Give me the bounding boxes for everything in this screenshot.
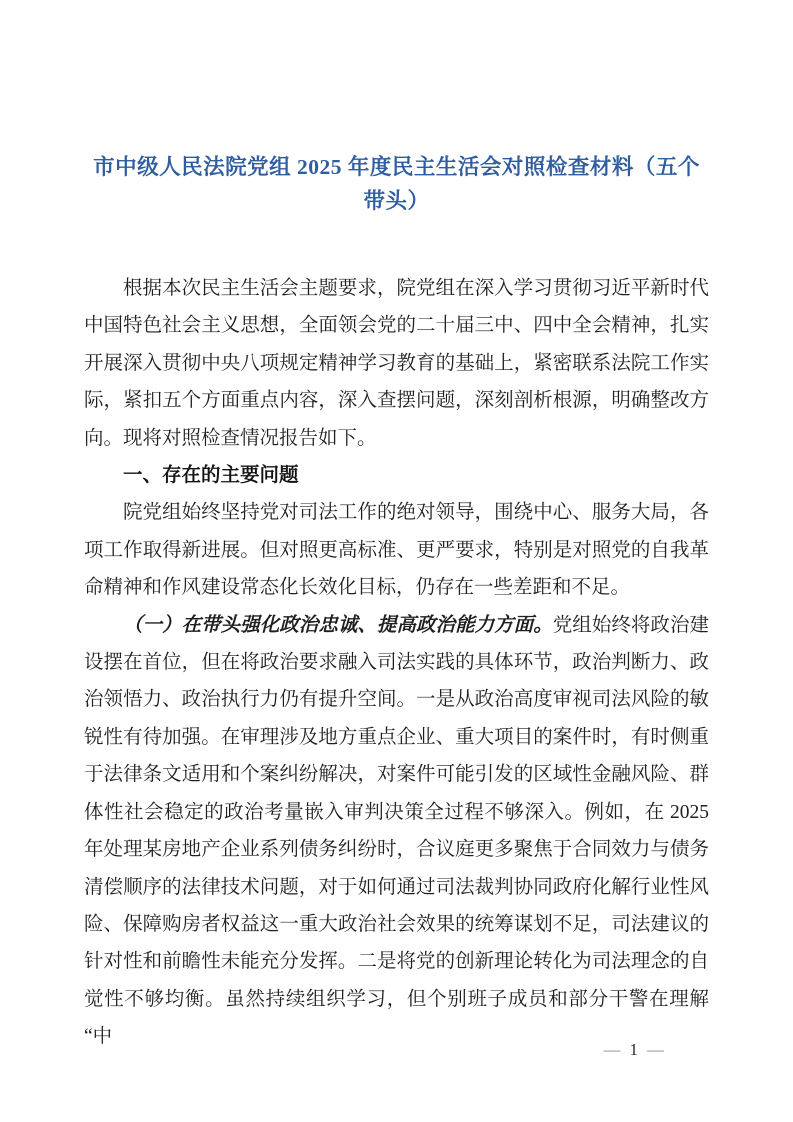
subsection-one-lead: （一）在带头强化政治忠诚、提高政治能力方面。: [123, 615, 553, 636]
document-title: 市中级人民法院党组 2025 年度民主生活会对照检查材料（五个带头）: [84, 150, 709, 218]
page-number: —1—: [595, 1040, 674, 1060]
page-number-right-dash: —: [638, 1040, 673, 1059]
section-heading-problems: 一、存在的主要问题: [84, 457, 709, 494]
page-number-left-dash: —: [595, 1040, 630, 1059]
paragraph-subsection-one: （一）在带头强化政治忠诚、提高政治能力方面。党组始终将政治建设摆在首位，但在将政…: [84, 607, 709, 1056]
document-page: 市中级人民法院党组 2025 年度民主生活会对照检查材料（五个带头） 根据本次民…: [0, 0, 793, 1122]
paragraph-overview: 院党组始终坚持党对司法工作的绝对领导，围绕中心、服务大局，各项工作取得新进展。但…: [84, 494, 709, 606]
page-number-value: 1: [630, 1040, 639, 1059]
document-body: 根据本次民主生活会主题要求，院党组在深入学习贯彻习近平新时代中国特色社会主义思想…: [84, 270, 709, 1056]
paragraph-intro: 根据本次民主生活会主题要求，院党组在深入学习贯彻习近平新时代中国特色社会主义思想…: [84, 270, 709, 457]
subsection-one-body: 党组始终将政治建设摆在首位，但在将政治要求融入司法实践的具体环节，政治判断力、政…: [84, 615, 709, 1047]
